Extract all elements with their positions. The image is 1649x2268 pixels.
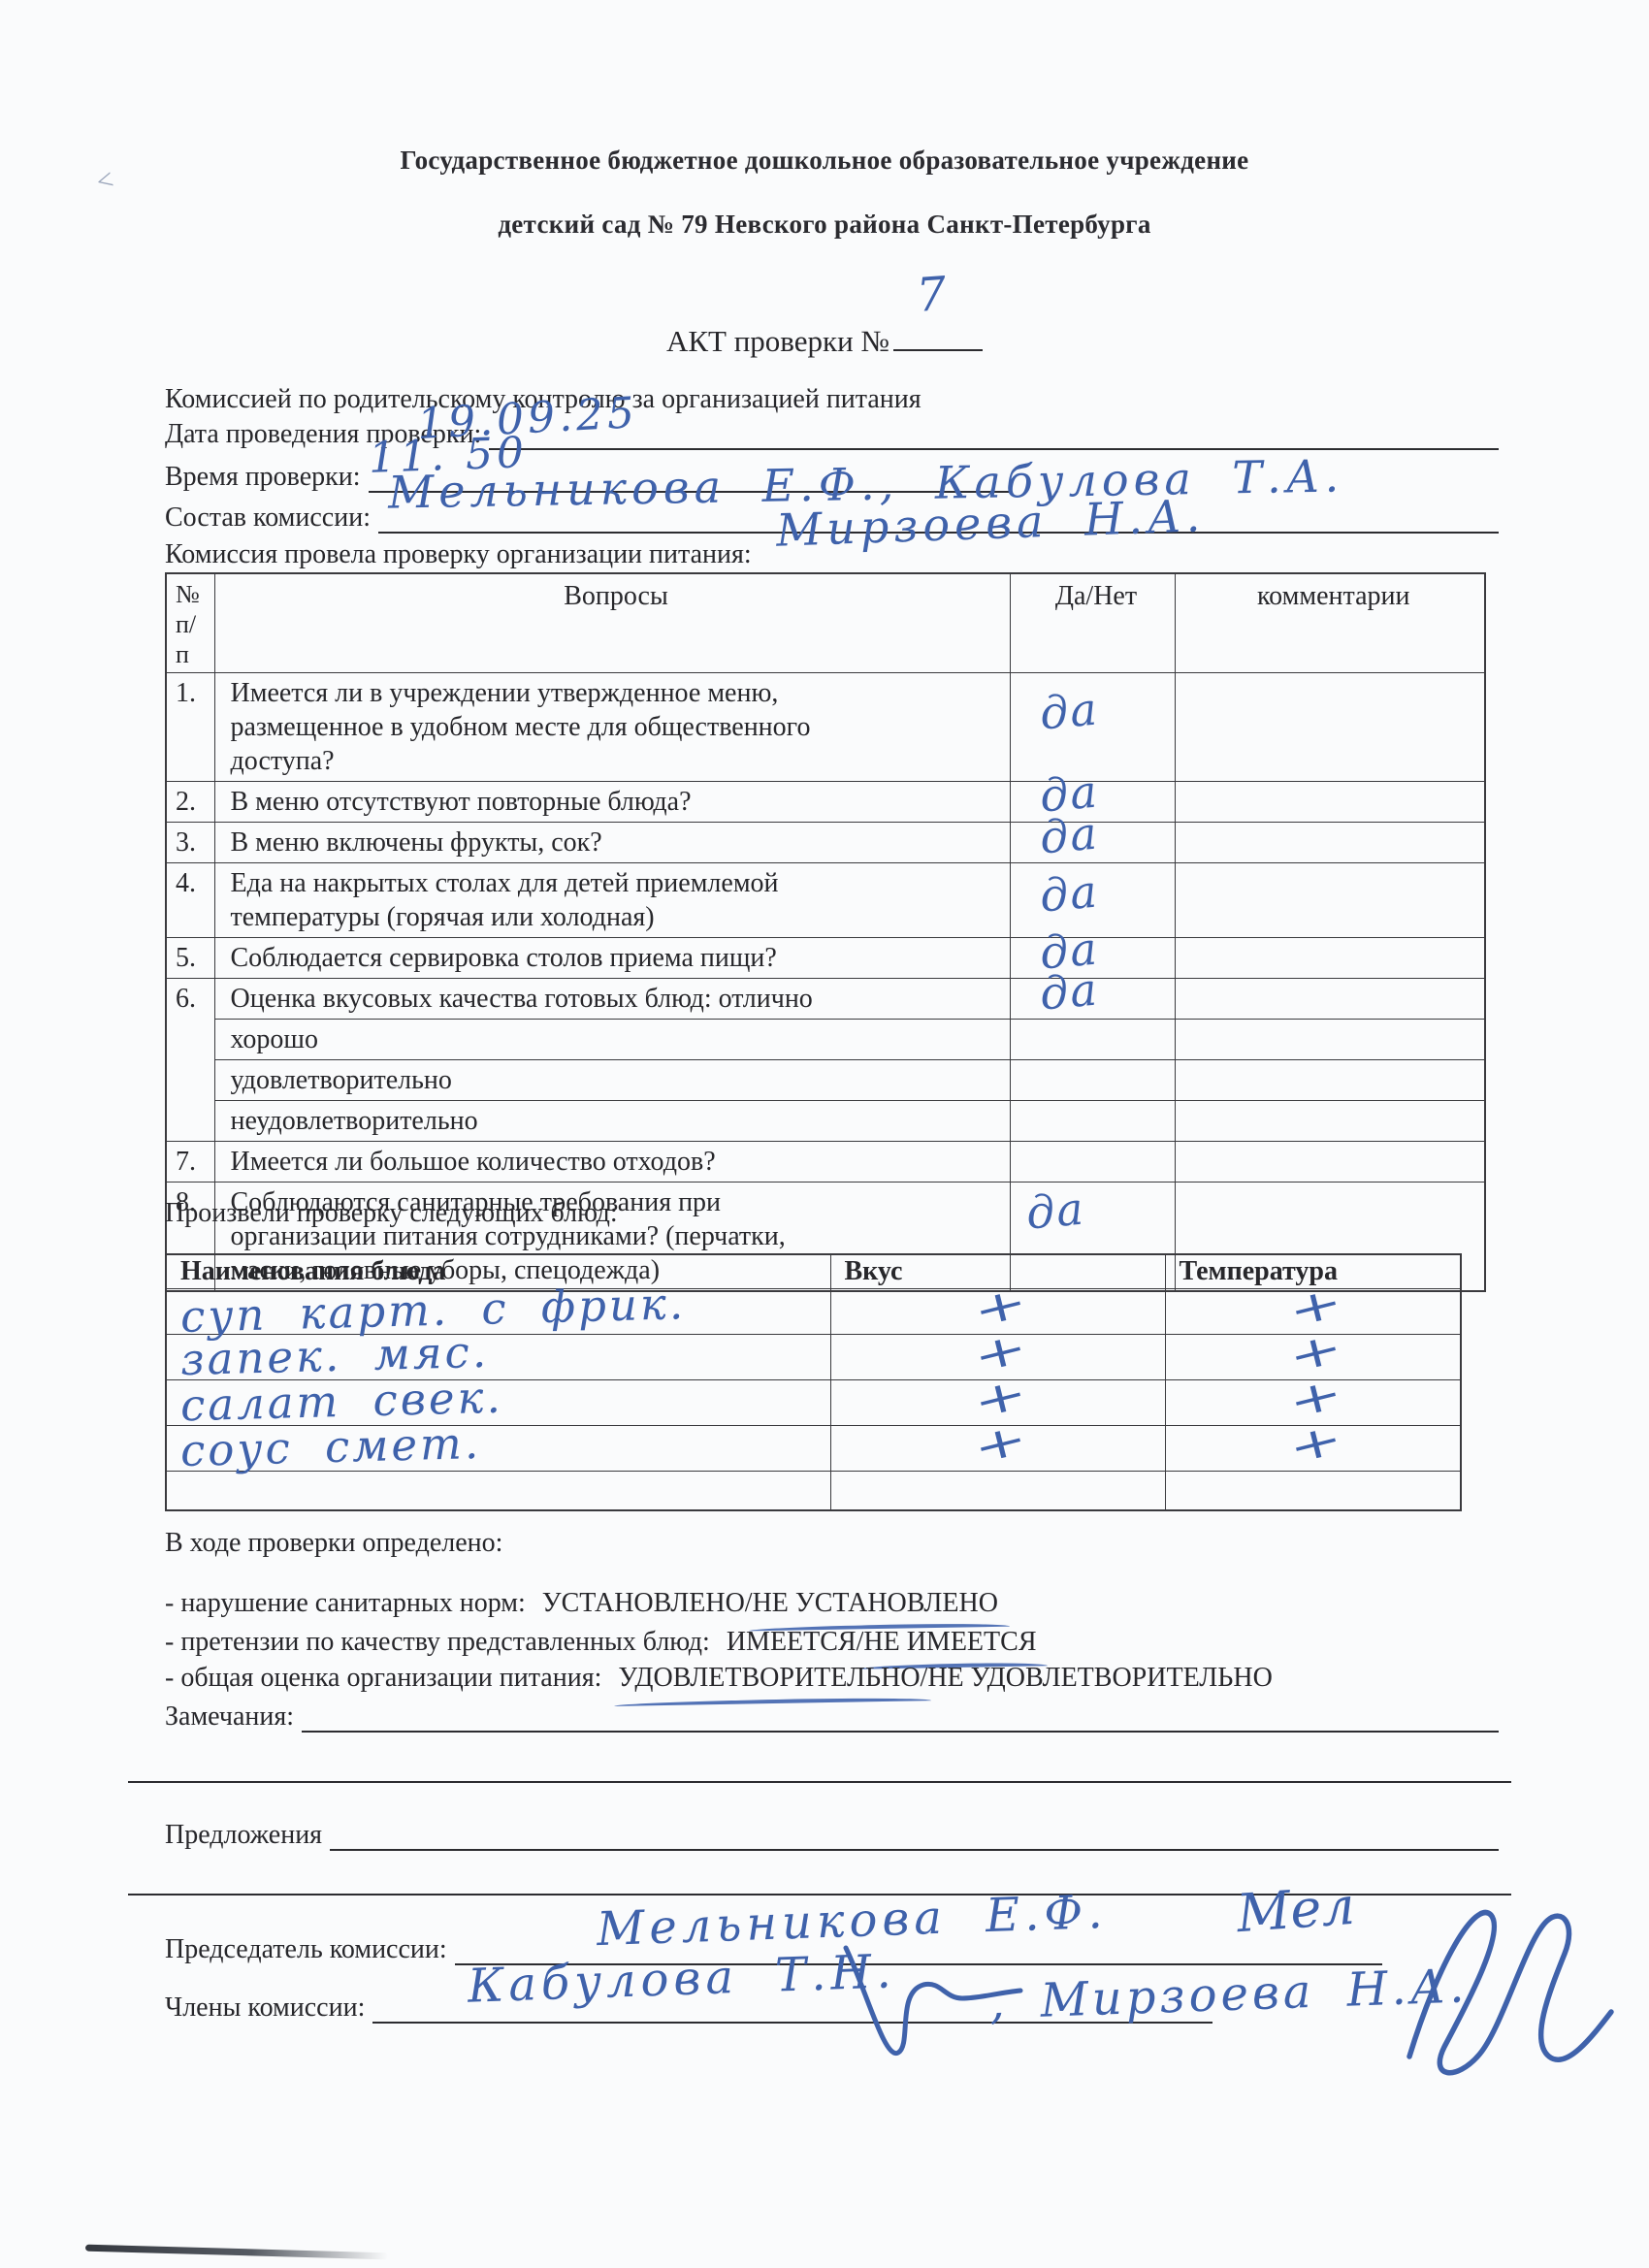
finding-claims-selected: НЕ ИМЕЕТСЯ [863, 1627, 1036, 1657]
dish-taste: + [830, 1426, 1165, 1472]
dishes-header-row: Наименования блюда Вкус Температура [166, 1254, 1461, 1289]
table-row: 1. Имеется ли в учреждении утвержденное … [166, 673, 1485, 782]
scan-edge-artifact [85, 2245, 388, 2260]
table-row: 6. Оценка вкусовых качества готовых блюд… [166, 979, 1485, 1020]
finding-claims-label: - претензии по качеству представленных б… [165, 1627, 710, 1657]
finding-sanitary-label: - нарушение санитарных норм: [165, 1588, 526, 1618]
row-num: 7. [166, 1142, 214, 1183]
proposals-label: Предложения [165, 1820, 322, 1851]
dish-name-handwritten: соус смет. [179, 1421, 481, 1473]
members-label: Члены комиссии: [165, 1993, 365, 2024]
row-question: Имеется ли большое количество отходов? [214, 1142, 1010, 1183]
dish-row: суп карт. с фрик. + + [166, 1289, 1461, 1335]
row-answer [1010, 1142, 1175, 1183]
row-comments [1175, 938, 1485, 979]
remarks-row: Замечания: [165, 1698, 1499, 1733]
act-number-blank: 7 [893, 314, 983, 351]
row-comments [1175, 823, 1485, 863]
proposals-blank-line [330, 1816, 1499, 1851]
table-subrow: хорошо [166, 1020, 1485, 1060]
dishes-table: Наименования блюда Вкус Температура суп … [165, 1253, 1462, 1511]
dish-temperature: + [1165, 1426, 1461, 1472]
org-name-line1: Государственное бюджетное дошкольное обр… [0, 146, 1649, 176]
row-answer: да [1010, 979, 1175, 1020]
row-answer [1010, 1060, 1175, 1101]
date-blank-line [489, 415, 1499, 450]
act-number-handwritten: 7 [915, 271, 948, 319]
header-answer: Да/Нет [1010, 573, 1175, 673]
row-num: 5. [166, 938, 214, 979]
time-label: Время проверки: [165, 462, 361, 493]
row-comments [1175, 1101, 1485, 1142]
finding-claims: - претензии по качеству представленных б… [165, 1627, 1037, 1658]
table-row: 4. Еда на накрытых столах для детей прие… [166, 863, 1485, 938]
dish-name: салат свек. [166, 1380, 830, 1426]
inspection-handwritten: Мирзоева Н.А. [775, 493, 1206, 552]
row-comments [1175, 863, 1485, 938]
inspection-label: Комиссия провела проверку организации пи… [165, 539, 752, 570]
chairman-label: Председатель комиссии: [165, 1934, 447, 1965]
answer-handwritten: да [1038, 686, 1100, 735]
proposals-row: Предложения [165, 1816, 1499, 1851]
questions-table: № п/п Вопросы Да/Нет комментарии 1. Имее… [165, 572, 1486, 1292]
remarks-blank-line [302, 1698, 1499, 1733]
act-title-line: АКТ проверки №7 [0, 314, 1649, 359]
commission-label: Состав комиссии: [165, 502, 371, 534]
chairman-signature: Мел [1235, 1880, 1356, 1940]
dish-row: запек. мяс. + + [166, 1335, 1461, 1380]
answer-handwritten: да [1038, 810, 1100, 859]
table-subrow: неудовлетворительно [166, 1101, 1485, 1142]
dish-taste [830, 1472, 1165, 1510]
answer-handwritten: да [1024, 1185, 1086, 1235]
row-question: неудовлетворительно [214, 1101, 1010, 1142]
row-answer [1010, 1020, 1175, 1060]
row-num: 2. [166, 782, 214, 823]
dishes-intro: Произвели проверку следующих блюд: [165, 1198, 618, 1229]
header-num: № п/п [166, 573, 214, 673]
dish-name: суп карт. с фрик. [166, 1289, 830, 1335]
row-comments [1175, 979, 1485, 1020]
table-header-row: № п/п Вопросы Да/Нет комментарии [166, 573, 1485, 673]
member2-signature-flourish [1382, 1894, 1625, 2088]
dish-row-empty [166, 1472, 1461, 1510]
date-row: Дата проведения проверки: [165, 415, 1499, 450]
finding-overall-label: - общая оценка организации питания: [165, 1663, 601, 1693]
dish-row: соус смет. + + [166, 1426, 1461, 1472]
finding-sanitary-option: УСТАНОВЛЕНО/ [542, 1588, 753, 1618]
header-question: Вопросы [214, 573, 1010, 673]
dish-name: соус смет. [166, 1426, 830, 1472]
row-answer: да [1010, 823, 1175, 863]
row-num: 3. [166, 823, 214, 863]
table-row: 5. Соблюдается сервировка столов приема … [166, 938, 1485, 979]
row-comments [1175, 1142, 1485, 1183]
blank-line-a [128, 1781, 1511, 1783]
row-comments [1175, 673, 1485, 782]
findings-intro: В ходе проверки определено: [165, 1528, 502, 1559]
act-title: АКТ проверки № [666, 324, 889, 358]
member1-name-handwritten: Кабулова Т.Н. [467, 1948, 896, 2009]
dish-name [166, 1472, 830, 1510]
finding-sanitary-selected: НЕ УСТАНОВЛЕНО [753, 1588, 998, 1618]
org-name-line2: детский сад № 79 Невского района Санкт-П… [0, 210, 1649, 240]
row-question: Оценка вкусовых качества готовых блюд: о… [214, 979, 1010, 1020]
finding-overall: - общая оценка организации питания: УДОВ… [165, 1663, 1273, 1694]
finding-overall-selected: УДОВЛЕТВОРИТЕЛЬНО [618, 1663, 920, 1693]
temperature-mark-handwritten: + [1284, 1417, 1346, 1472]
row-answer [1010, 1101, 1175, 1142]
remarks-label: Замечания: [165, 1701, 294, 1733]
table-subrow: удовлетворительно [166, 1060, 1485, 1101]
finding-claims-option: ИМЕЕТСЯ/ [727, 1627, 864, 1657]
row-comments [1175, 1020, 1485, 1060]
row-question: В меню отсутствуют повторные блюда? [214, 782, 1010, 823]
answer-handwritten: да [1038, 966, 1100, 1016]
row-question: Соблюдается сервировка столов приема пищ… [214, 938, 1010, 979]
row-comments [1175, 782, 1485, 823]
row-num: 6. [166, 979, 214, 1142]
scanned-inspection-act: Государственное бюджетное дошкольное обр… [0, 0, 1649, 2268]
finding-overall-option-post: /НЕ УДОВЛЕТВОРИТЕЛЬНО [921, 1663, 1273, 1693]
finding-sanitary: - нарушение санитарных норм: УСТАНОВЛЕНО… [165, 1588, 998, 1619]
dish-row: салат свек. + + [166, 1380, 1461, 1426]
row-comments [1175, 1060, 1485, 1101]
row-question: Имеется ли в учреждении утвержденное мен… [214, 673, 1010, 782]
row-question: Еда на накрытых столах для детей приемле… [214, 863, 1010, 938]
row-num: 4. [166, 863, 214, 938]
table-row: 2. В меню отсутствуют повторные блюда? д… [166, 782, 1485, 823]
table-row: 7. Имеется ли большое количество отходов… [166, 1142, 1485, 1183]
row-num: 1. [166, 673, 214, 782]
row-question: В меню включены фрукты, сок? [214, 823, 1010, 863]
header-comments: комментарии [1175, 573, 1485, 673]
dish-temperature [1165, 1472, 1461, 1510]
answer-handwritten: да [1038, 868, 1100, 918]
row-question: удовлетворительно [214, 1060, 1010, 1101]
taste-mark-handwritten: + [969, 1417, 1031, 1472]
table-row: 3. В меню включены фрукты, сок? да [166, 823, 1485, 863]
row-question: хорошо [214, 1020, 1010, 1060]
